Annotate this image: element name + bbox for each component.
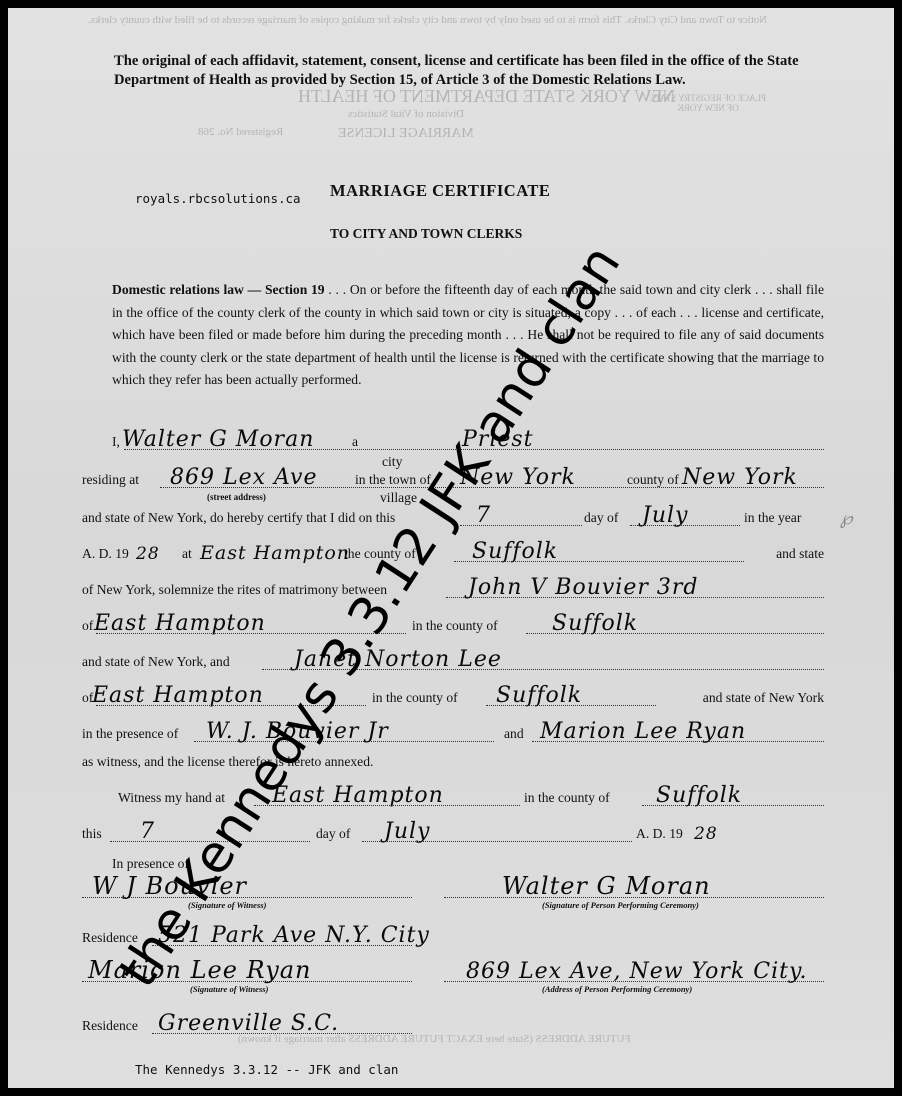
label-and-state-of-ny: and state of New York bbox=[703, 690, 824, 706]
label-ad-2: A. D. 19 bbox=[636, 826, 683, 842]
label-at: at bbox=[182, 546, 192, 562]
label-day-of-2: day of bbox=[316, 826, 350, 842]
label-and-state-ny-and: and state of New York, and bbox=[82, 654, 230, 670]
label-in-county-of-3: in the county of bbox=[524, 790, 610, 806]
sig-officiant: Walter G Moran bbox=[502, 872, 711, 900]
ghost-division: Division of Vital Statistics bbox=[348, 108, 464, 120]
label-county-of: county of bbox=[627, 472, 679, 488]
label-residing-at: residing at bbox=[82, 472, 139, 488]
witness-hand-line: Witness my hand at in the county of East… bbox=[82, 784, 824, 810]
document-subtitle: TO CITY AND TOWN CLERKS bbox=[330, 226, 522, 242]
label-and: and bbox=[504, 726, 524, 742]
bride-residence-line: of in the county of and state of New Yor… bbox=[82, 684, 824, 710]
county-value: New York bbox=[682, 465, 798, 490]
place-value: East Hampton bbox=[200, 542, 350, 564]
groom-name: John V Bouvier 3rd bbox=[468, 575, 698, 600]
witness2-value: Marion Lee Ryan bbox=[540, 719, 746, 744]
label-a: a bbox=[352, 434, 358, 450]
label-city: city bbox=[382, 454, 402, 470]
label-address-officiant: (Address of Person Performing Ceremony) bbox=[542, 984, 692, 994]
label-and-state: and state bbox=[776, 546, 824, 562]
label-i: I, bbox=[112, 434, 120, 450]
label-ad: A. D. 19 bbox=[82, 546, 129, 562]
officiant-name: Walter G Moran bbox=[122, 427, 314, 452]
place-county-value: Suffolk bbox=[472, 539, 558, 564]
label-in-the-year: in the year bbox=[744, 510, 801, 526]
label-in-presence-of: in the presence of bbox=[82, 726, 178, 742]
label-certify: and state of New York, do hereby certify… bbox=[82, 510, 395, 526]
law-body: . . . On or before the fifteenth day of … bbox=[112, 282, 824, 387]
filing-notice-text: The original of each affidavit, statemen… bbox=[84, 52, 824, 90]
label-witness-hand: Witness my hand at bbox=[118, 790, 225, 806]
officiant-address: 869 Lex Ave bbox=[170, 465, 317, 490]
year-value: 28 bbox=[136, 544, 160, 564]
margin-mark: ℘ bbox=[840, 508, 853, 529]
groom-residence-line: of in the county of East Hampton Suffolk bbox=[82, 612, 824, 638]
groom-county-value: Suffolk bbox=[552, 611, 638, 636]
footer-watermark: The Kennedys 3.3.12 -- JFK and clan bbox=[135, 1062, 398, 1077]
witness-day-value: 7 bbox=[140, 819, 155, 844]
officiant-full-address: 869 Lex Ave, New York City. bbox=[466, 959, 807, 984]
filing-notice: The original of each affidavit, statemen… bbox=[84, 52, 824, 90]
place-line: A. D. 19 at the county of and state 28 E… bbox=[82, 540, 824, 566]
day-value: 7 bbox=[476, 503, 491, 528]
label-residence-2: Residence bbox=[82, 1018, 138, 1034]
bride-of-value: East Hampton bbox=[92, 683, 264, 708]
ghost-registered: Registered No. 268 bbox=[198, 126, 283, 138]
label-street-address: (street address) bbox=[207, 492, 266, 502]
witness-place-value: East Hampton bbox=[272, 783, 444, 808]
witness-year-value: 28 bbox=[694, 824, 718, 844]
label-sig-witness-2: (Signature of Witness) bbox=[190, 984, 268, 994]
month-value: July bbox=[642, 503, 688, 528]
residence2-value: Greenville S.C. bbox=[158, 1011, 339, 1036]
witnesses-line: in the presence of and W. J. Bouvier Jr … bbox=[82, 720, 824, 746]
witness-county-value: Suffolk bbox=[656, 783, 742, 808]
label-in-county-of: in the county of bbox=[412, 618, 498, 634]
label-this: this bbox=[82, 826, 102, 842]
ghost-registry: PLACE OF REGISTRY STATE OF NEW YORK bbox=[648, 93, 768, 113]
label-of: of bbox=[82, 618, 93, 634]
signatures-row-2: (Signature of Witness) (Address of Perso… bbox=[82, 956, 824, 996]
document-title: MARRIAGE CERTIFICATE bbox=[330, 181, 550, 201]
label-annexed: as witness, and the license therefor is … bbox=[82, 754, 373, 770]
groom-line: of New York, solemnize the rites of matr… bbox=[82, 576, 824, 602]
ghost-notice: Notice to Town and City Clerks. This for… bbox=[88, 14, 767, 26]
label-solemnize: of New York, solemnize the rites of matr… bbox=[82, 582, 387, 598]
witness-month-value: July bbox=[384, 819, 430, 844]
residence2-line: Residence Greenville S.C. bbox=[82, 1012, 824, 1038]
law-heading: Domestic relations law — Section 19 bbox=[112, 282, 325, 297]
bride-line: and state of New York, and Janet Norton … bbox=[82, 648, 824, 674]
annexed-line: as witness, and the license therefor is … bbox=[82, 748, 824, 774]
label-sig-officiant: (Signature of Person Performing Ceremony… bbox=[542, 900, 699, 910]
label-in-county-of-2: in the county of bbox=[372, 690, 458, 706]
watermark-site: royals.rbcsolutions.ca bbox=[135, 191, 301, 206]
certificate-page: Notice to Town and City Clerks. This for… bbox=[8, 8, 894, 1088]
law-excerpt: Domestic relations law — Section 19 . . … bbox=[82, 279, 824, 392]
ghost-form-title: MARRIAGE LICENSE bbox=[338, 126, 474, 142]
bride-county-value: Suffolk bbox=[496, 683, 582, 708]
label-day-of: day of bbox=[584, 510, 618, 526]
groom-of-value: East Hampton bbox=[94, 611, 266, 636]
